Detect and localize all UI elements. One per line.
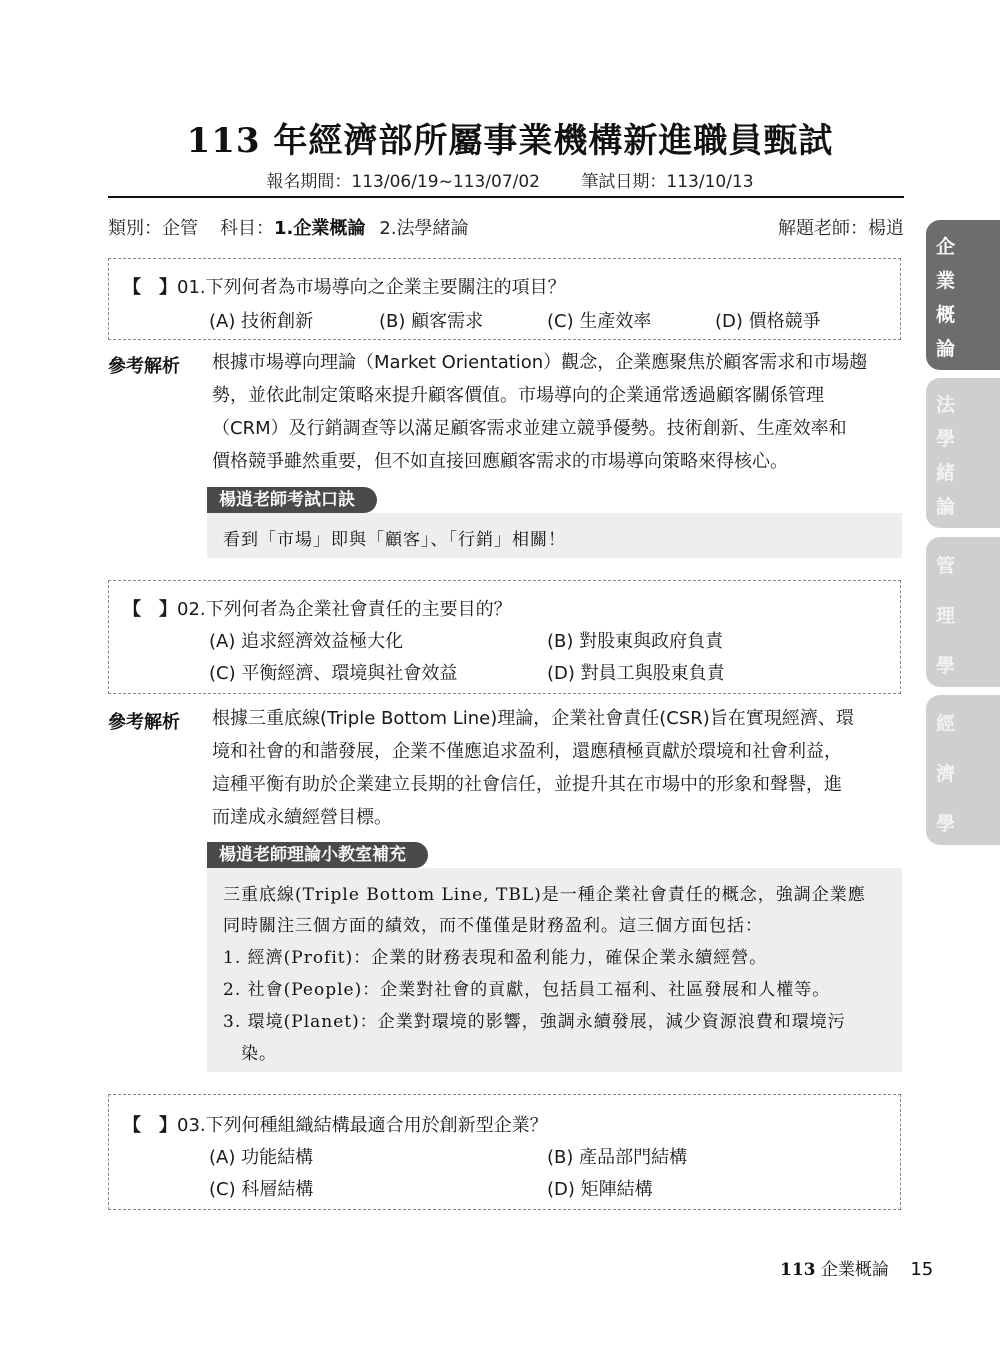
category: 類別：企管 — [108, 218, 198, 239]
analysis-line: 勢，並依此制定策略來提升顧客價值。市場導向的企業通常透過顧客關係管理 — [212, 379, 904, 412]
analysis-line: 根據三重底線(Triple Bottom Line)理論，企業社會責任(CSR)… — [212, 702, 904, 735]
question-number: 03. — [177, 1115, 206, 1136]
tip-line: 看到「市場」即與「顧客」、「行銷」相關！ — [223, 525, 566, 550]
answer-bracket[interactable]: 【 】 — [123, 277, 177, 298]
registration-period: 報名期間：113/06/19~113/07/02 — [266, 172, 540, 192]
tip-line: 3. 環境(Planet)：企業對環境的影響，強調永續發展，減少資源浪費和環境污 — [223, 1007, 846, 1032]
tab-char: 法 — [936, 390, 955, 417]
question-text: 下列何者為企業社會責任的主要目的？ — [206, 599, 512, 620]
analysis-label: 參考解析 — [108, 708, 180, 734]
option-a: (A) 功能結構 — [209, 1143, 313, 1169]
side-tab-management[interactable]: 管 理 學 — [926, 537, 1000, 687]
tip-line: 染。 — [223, 1039, 277, 1064]
question-text: 下列何種組織結構最適合用於創新型企業？ — [206, 1115, 548, 1136]
subject-1: 1.企業概論 — [274, 218, 365, 239]
option-d: (D) 矩陣結構 — [547, 1175, 653, 1201]
footer-year: 113 — [780, 1260, 816, 1280]
page-title: 113 年經濟部所屬事業機構新進職員甄試 — [100, 113, 920, 162]
analysis-text: 根據三重底線(Triple Bottom Line)理論，企業社會責任(CSR)… — [212, 702, 904, 834]
tab-char: 緒 — [936, 458, 955, 485]
tip-title: 楊逍老師理論小教室補充 — [207, 842, 428, 868]
question-number: 01. — [177, 277, 206, 298]
option-d: (D) 對員工與股東負責 — [547, 659, 725, 685]
subject-label: 科目： — [220, 218, 274, 239]
question-stem: 【 】01.下列何者為市場導向之企業主要關注的項目？ — [123, 273, 566, 299]
question-box-02: 【 】02.下列何者為企業社會責任的主要目的？ (A) 追求經濟效益極大化 (B… — [108, 580, 901, 694]
option-a: (A) 追求經濟效益極大化 — [209, 627, 403, 653]
tab-char: 理 — [936, 601, 955, 628]
option-c: (C) 科層結構 — [209, 1175, 313, 1201]
question-box-03: 【 】03.下列何種組織結構最適合用於創新型企業？ (A) 功能結構 (B) 產… — [108, 1094, 901, 1210]
question-text: 下列何者為市場導向之企業主要關注的項目？ — [206, 277, 566, 298]
answer-bracket[interactable]: 【 】 — [123, 1115, 177, 1136]
option-b: (B) 顧客需求 — [379, 307, 483, 333]
page-footer: 113 企業概論 15 — [780, 1255, 933, 1280]
subject-2: 2.法學緒論 — [379, 218, 468, 239]
tip-title: 楊逍老師考試口訣 — [207, 487, 377, 513]
tab-char: 學 — [936, 651, 955, 678]
tab-char: 經 — [936, 709, 955, 736]
option-b: (B) 對股東與政府負責 — [547, 627, 723, 653]
analysis-label: 參考解析 — [108, 352, 180, 378]
analysis-line: 而達成永續經營目標。 — [212, 801, 904, 834]
analysis-line: （CRM）及行銷調查等以滿足顧客需求並建立競爭優勢。技術創新、生產效率和 — [212, 412, 904, 445]
question-stem: 【 】03.下列何種組織結構最適合用於創新型企業？ — [123, 1111, 548, 1137]
option-a: (A) 技術創新 — [209, 307, 313, 333]
tab-char: 企 — [936, 232, 955, 259]
tab-char: 濟 — [936, 759, 955, 786]
analysis-line: 境和社會的和諧發展，企業不僅應追求盈利，還應積極貢獻於環境和社會利益， — [212, 735, 904, 768]
side-tab-economics[interactable]: 經 濟 學 — [926, 695, 1000, 845]
teacher: 解題老師：楊逍 — [778, 214, 904, 240]
tip-line: 1. 經濟(Profit)：企業的財務表現和盈利能力，確保企業永續經營。 — [223, 943, 767, 968]
tab-char: 業 — [936, 266, 955, 293]
side-tab-business-intro[interactable]: 企 業 概 論 — [926, 220, 1000, 370]
tip-line: 2. 社會(People)：企業對社會的貢獻，包括員工福利、社區發展和人權等。 — [223, 975, 830, 1000]
question-stem: 【 】02.下列何者為企業社會責任的主要目的？ — [123, 595, 512, 621]
option-b: (B) 產品部門結構 — [547, 1143, 687, 1169]
meta-row: 類別：企管科目：1.企業概論2.法學緒論 解題老師：楊逍 — [108, 214, 904, 240]
tab-char: 論 — [936, 334, 955, 361]
tip-box: 三重底線(Triple Bottom Line, TBL)是一種企業社會責任的概… — [207, 868, 902, 1072]
tab-char: 學 — [936, 809, 955, 836]
analysis-text: 根據市場導向理論（Market Orientation）觀念，企業應聚焦於顧客需… — [212, 346, 904, 478]
option-c: (C) 生產效率 — [547, 307, 651, 333]
side-tab-law-intro[interactable]: 法 學 緒 論 — [926, 378, 1000, 528]
footer-subject: 企業概論 — [821, 1260, 889, 1280]
option-c: (C) 平衡經濟、環境與社會效益 — [209, 659, 457, 685]
answer-bracket[interactable]: 【 】 — [123, 599, 177, 620]
question-number: 02. — [177, 599, 206, 620]
tip-line: 同時關注三個方面的績效，而不僅僅是財務盈利。這三個方面包括： — [223, 911, 763, 936]
tab-char: 學 — [936, 424, 955, 451]
analysis-line: 這種平衡有助於企業建立長期的社會信任，並提升其在市場中的形象和聲譽，進 — [212, 768, 904, 801]
analysis-line: 價格競爭雖然重要，但不如直接回應顧客需求的市場導向策略來得核心。 — [212, 445, 904, 478]
tab-char: 概 — [936, 300, 955, 327]
tab-char: 管 — [936, 551, 955, 578]
option-d: (D) 價格競爭 — [715, 307, 821, 333]
exam-date: 筆試日期：113/10/13 — [581, 172, 753, 192]
tip-line: 三重底線(Triple Bottom Line, TBL)是一種企業社會責任的概… — [223, 880, 866, 905]
tab-char: 論 — [936, 492, 955, 519]
page-number: 15 — [910, 1259, 933, 1280]
exam-schedule: 報名期間：113/06/19~113/07/02 筆試日期：113/10/13 — [100, 167, 920, 192]
header-divider — [108, 196, 904, 198]
analysis-line: 根據市場導向理論（Market Orientation）觀念，企業應聚焦於顧客需… — [212, 346, 904, 379]
question-box-01: 【 】01.下列何者為市場導向之企業主要關注的項目？ (A) 技術創新 (B) … — [108, 258, 901, 340]
tip-box: 看到「市場」即與「顧客」、「行銷」相關！ — [207, 513, 902, 558]
